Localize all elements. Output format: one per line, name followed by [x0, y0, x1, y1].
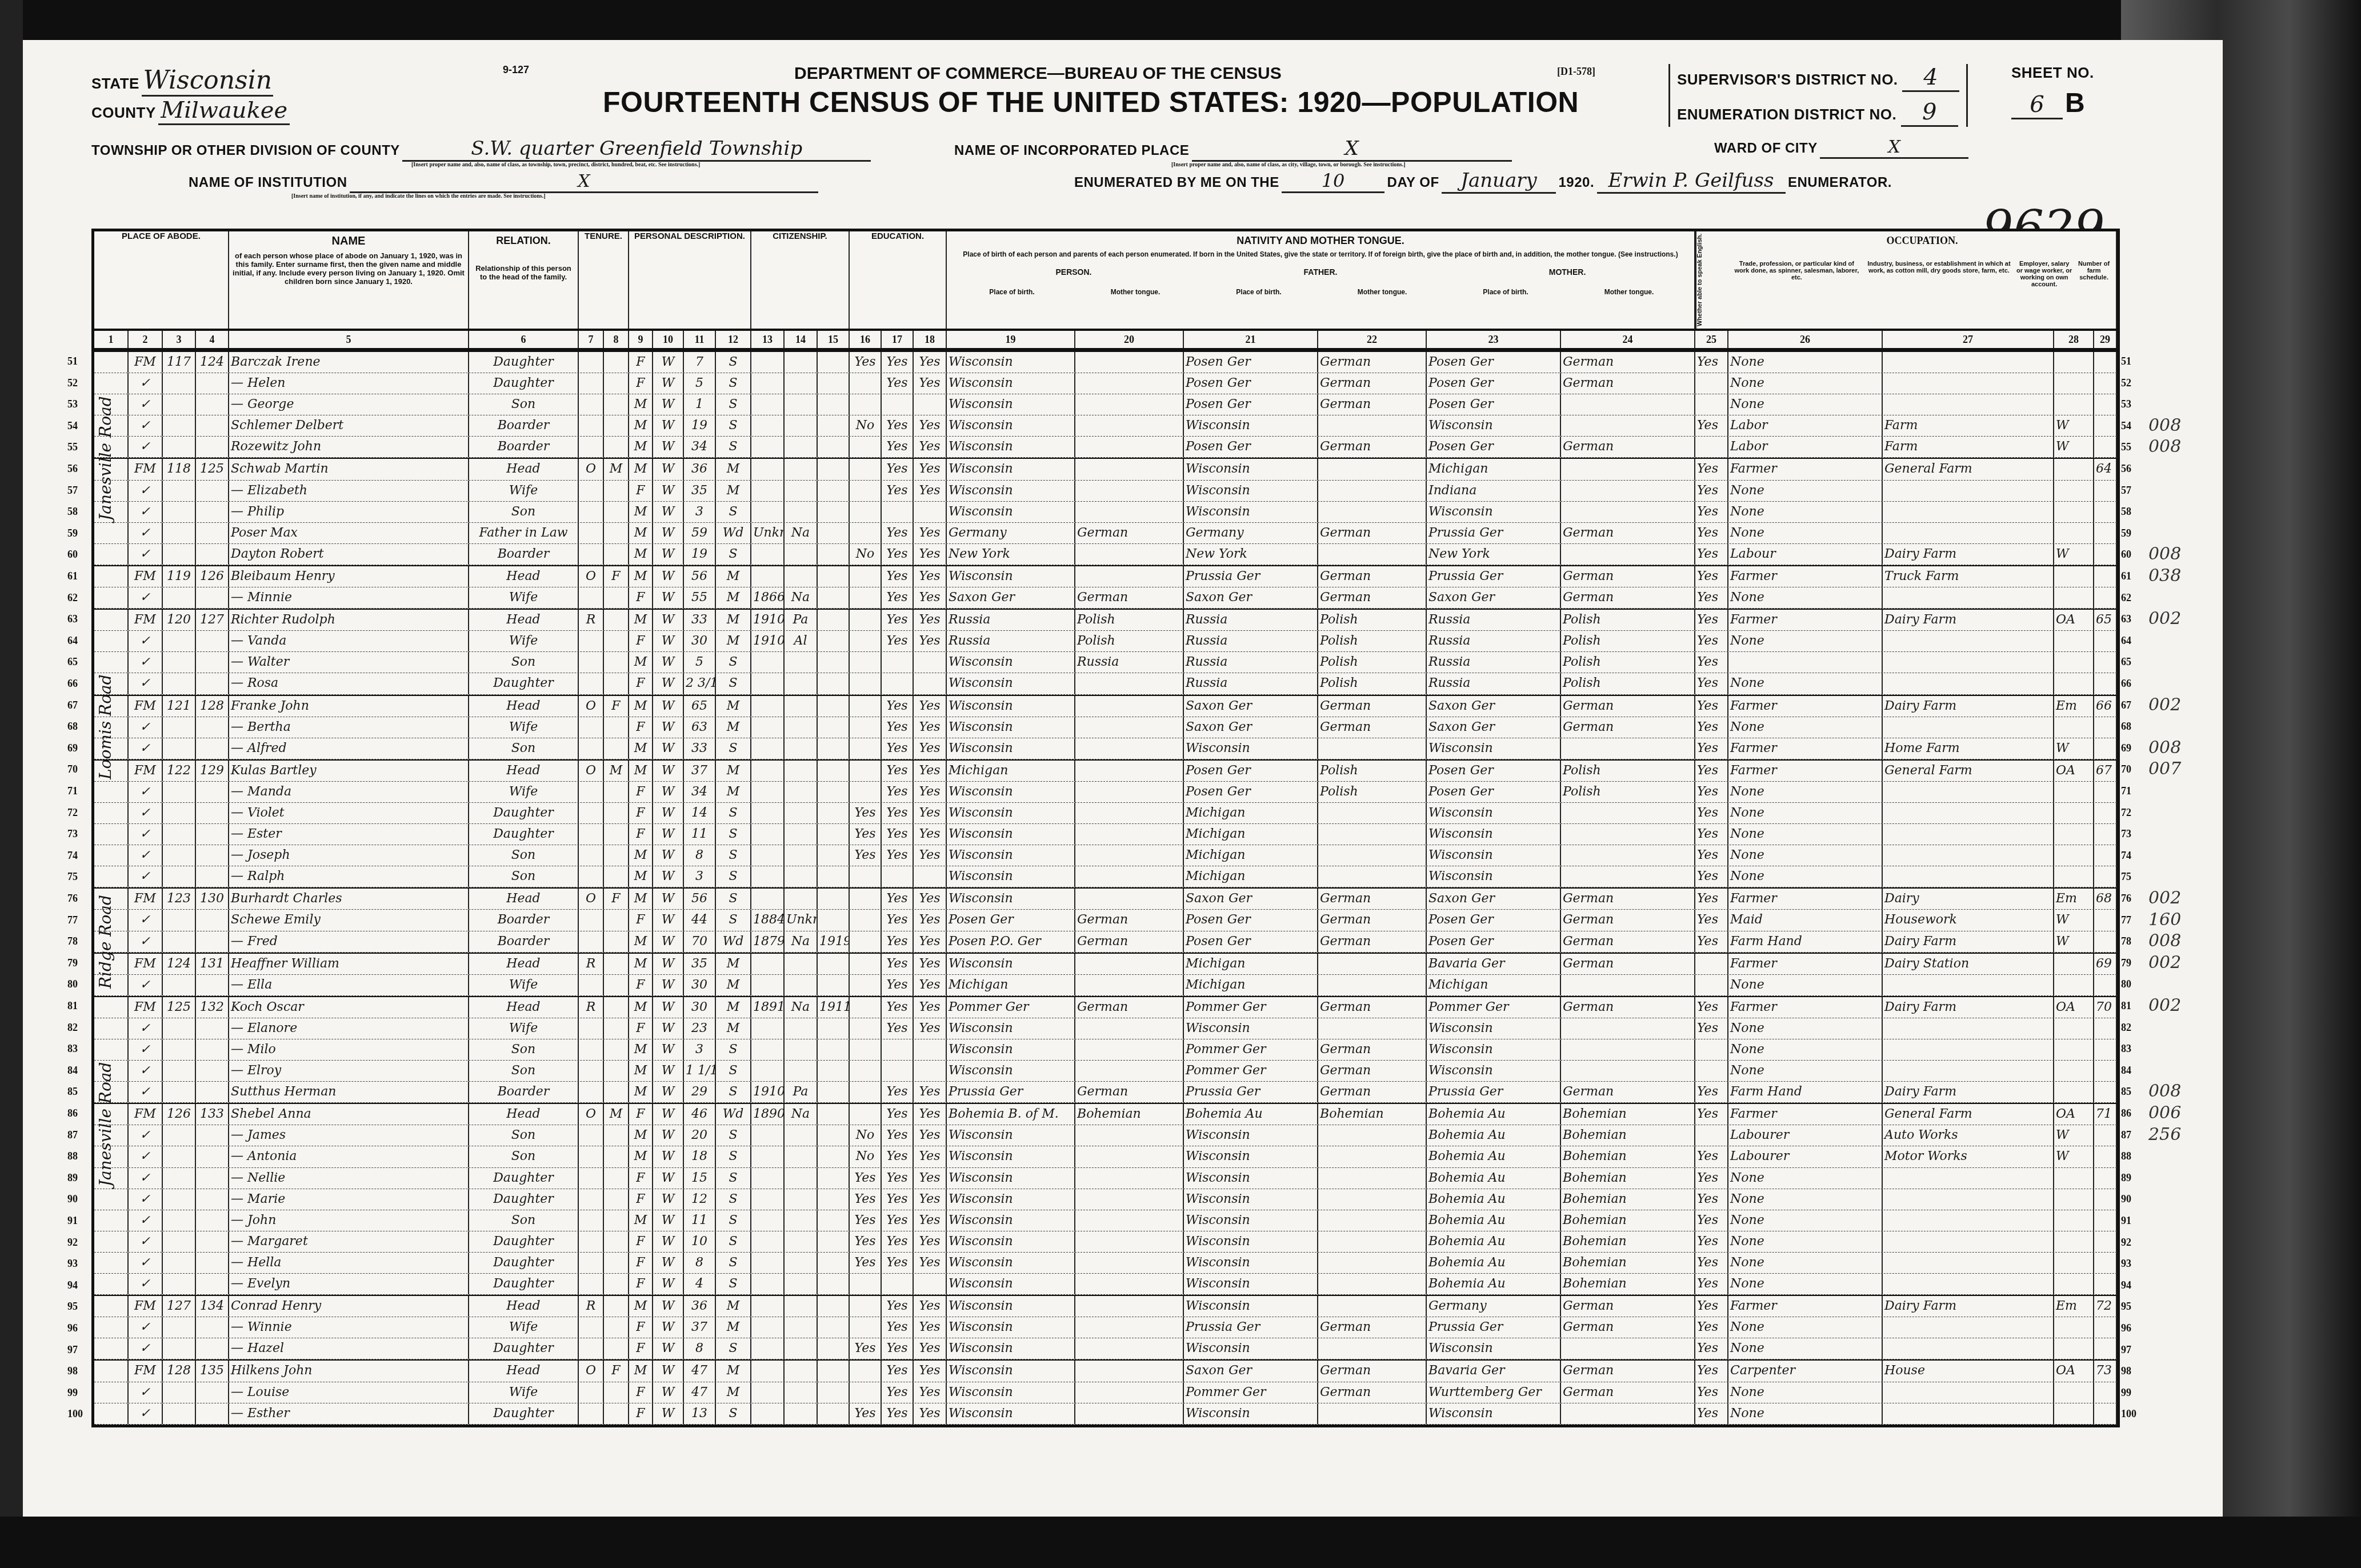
cell-nat — [785, 394, 818, 415]
cell-employer — [2054, 673, 2094, 694]
cell-pob: Wisconsin — [947, 1231, 1075, 1252]
cell-read: Yes — [882, 997, 914, 1018]
cell-immig — [751, 975, 785, 995]
cell-english: Yes — [1695, 415, 1728, 436]
cell-write: Yes — [914, 931, 947, 952]
cell-nat — [785, 1274, 818, 1294]
cell-immig — [751, 824, 785, 845]
cell-marital: S — [716, 1039, 751, 1060]
cell-read: Yes — [882, 1018, 914, 1039]
cell-mtongue: Bohemian — [1561, 1146, 1695, 1167]
header-desc: Place of birth of each person and parent… — [950, 250, 1691, 258]
line-number: 75 — [67, 871, 78, 883]
cell-farm: ✓ — [129, 373, 163, 394]
cell-sex: M — [629, 845, 653, 866]
enumerated-day: 10 — [1282, 170, 1384, 193]
line-number: 92 — [2121, 1237, 2131, 1249]
cell-family: 125 — [196, 459, 229, 479]
cell-own — [579, 587, 604, 608]
cell-school — [850, 1039, 882, 1060]
line-number: 100 — [2121, 1408, 2136, 1420]
cell-sex: M — [629, 931, 653, 952]
line-number: 89 — [67, 1172, 78, 1184]
cell-industry — [1883, 1039, 2054, 1060]
cell-english — [1695, 954, 1728, 974]
cell-mpob: Wisconsin — [1427, 1403, 1561, 1424]
cell-english — [1695, 975, 1728, 995]
cell-race: W — [653, 523, 684, 543]
cell-dwelling — [163, 373, 196, 394]
cell-ftongue — [1318, 1210, 1427, 1231]
cell-natyr — [818, 1253, 850, 1273]
line-number: 81 — [2121, 1000, 2131, 1012]
cell-race: W — [653, 1210, 684, 1231]
cell-employer — [2054, 459, 2094, 479]
cell-age: 13 — [684, 1403, 716, 1424]
table-row: ✓— ElanoreWifeFW23MYesYesWisconsinWiscon… — [94, 1018, 2117, 1039]
cell-nat — [785, 761, 818, 781]
cell-marital: M — [716, 1018, 751, 1039]
line-number: 79 — [67, 957, 78, 969]
cell-farmsch — [2094, 1338, 2117, 1359]
cell-school — [850, 738, 882, 759]
header-employer: Employer, salary or wage worker, or work… — [2016, 261, 2072, 288]
cell-employer: W — [2054, 437, 2094, 457]
line-number: 57 — [67, 485, 78, 497]
cell-read — [882, 1061, 914, 1081]
cell-school — [850, 459, 882, 479]
cell-pob: Wisconsin — [947, 1168, 1075, 1189]
cell-farmsch — [2094, 566, 2117, 587]
census-table: PLACE OF ABODE. NAME of each person whos… — [91, 229, 2120, 1427]
cell-english: Yes — [1695, 696, 1728, 717]
cell-tongue — [1075, 1210, 1184, 1231]
header-mother: MOTHER. — [1444, 267, 1691, 277]
cell-immig — [751, 803, 785, 823]
cell-school — [850, 1104, 882, 1125]
cell-farmsch — [2094, 1039, 2117, 1060]
cell-own — [579, 1382, 604, 1403]
cell-industry: Dairy Farm — [1883, 610, 2054, 630]
cell-street — [94, 1296, 129, 1317]
cell-nat — [785, 1403, 818, 1424]
line-number: 54 — [67, 420, 78, 432]
cell-age: 34 — [684, 437, 716, 457]
cell-immig — [751, 459, 785, 479]
cell-mpob: Wisconsin — [1427, 1061, 1561, 1081]
cell-family — [196, 1125, 229, 1146]
cell-name: — Hazel — [229, 1338, 469, 1359]
cell-name: — Joseph — [229, 845, 469, 866]
cell-employer — [2054, 481, 2094, 501]
cell-english: Yes — [1695, 1082, 1728, 1102]
cell-own — [579, 782, 604, 802]
cell-age: 55 — [684, 587, 716, 608]
cell-mtongue: German — [1561, 587, 1695, 608]
cell-industry — [1883, 373, 2054, 394]
cell-read: Yes — [882, 782, 914, 802]
column-number: 12 — [716, 331, 751, 348]
cell-nat — [785, 1146, 818, 1167]
cell-own — [579, 931, 604, 952]
line-number: 59 — [2121, 527, 2131, 539]
cell-race: W — [653, 1082, 684, 1102]
cell-marital: S — [716, 1253, 751, 1273]
cell-dwelling — [163, 673, 196, 694]
cell-relation: Wife — [469, 975, 579, 995]
cell-trade: None — [1728, 587, 1883, 608]
cell-write: Yes — [914, 1296, 947, 1317]
cell-pob: Wisconsin — [947, 866, 1075, 887]
cell-age: 46 — [684, 1104, 716, 1125]
cell-marital: S — [716, 1082, 751, 1102]
cell-nat — [785, 866, 818, 887]
cell-school: Yes — [850, 1403, 882, 1424]
line-number: 59 — [67, 527, 78, 539]
cell-industry: Dairy Farm — [1883, 544, 2054, 565]
line-number: 68 — [2121, 721, 2131, 733]
supervisor-field: SUPERVISOR'S DISTRICT NO. 4 — [1677, 64, 1959, 92]
cell-sex: M — [629, 696, 653, 717]
cell-mort — [604, 845, 629, 866]
header-occupation: OCCUPATION. Trade, profession, or partic… — [1728, 231, 2117, 329]
cell-name: — Walter — [229, 652, 469, 673]
cell-marital: S — [716, 824, 751, 845]
cell-fpob: Wisconsin — [1184, 481, 1318, 501]
cell-relation: Son — [469, 502, 579, 522]
cell-age: 63 — [684, 717, 716, 738]
cell-pob: Bohemia B. of M. — [947, 1104, 1075, 1125]
cell-trade: None — [1728, 673, 1883, 694]
cell-name: — Elanore — [229, 1018, 469, 1039]
cell-name: — George — [229, 394, 469, 415]
cell-write: Yes — [914, 523, 947, 543]
cell-own — [579, 1231, 604, 1252]
cell-mpob: Wisconsin — [1427, 1018, 1561, 1039]
cell-mort — [604, 1274, 629, 1294]
cell-employer — [2054, 394, 2094, 415]
cell-name: — Violet — [229, 803, 469, 823]
cell-fpob: Prussia Ger — [1184, 566, 1318, 587]
cell-race: W — [653, 1061, 684, 1081]
cell-dwelling: 120 — [163, 610, 196, 630]
cell-family — [196, 373, 229, 394]
header-fpob: Place of birth. — [1197, 288, 1320, 296]
cell-employer — [2054, 1317, 2094, 1338]
cell-ftongue — [1318, 481, 1427, 501]
cell-employer — [2054, 352, 2094, 373]
cell-read: Yes — [882, 459, 914, 479]
cell-own — [579, 631, 604, 651]
cell-trade: None — [1728, 782, 1883, 802]
cell-mtongue: Bohemian — [1561, 1210, 1695, 1231]
cell-write: Yes — [914, 1317, 947, 1338]
cell-race: W — [653, 566, 684, 587]
line-number: 89 — [2121, 1172, 2131, 1184]
cell-nat: Pa — [785, 1082, 818, 1102]
cell-ftongue: German — [1318, 931, 1427, 952]
cell-pob: Posen P.O. Ger — [947, 931, 1075, 952]
cell-trade: None — [1728, 824, 1883, 845]
cell-pob: Wisconsin — [947, 352, 1075, 373]
cell-natyr — [818, 738, 850, 759]
cell-age: 36 — [684, 1296, 716, 1317]
cell-farmsch — [2094, 394, 2117, 415]
cell-marital: S — [716, 889, 751, 909]
table-row: ✓— JohnSonMW11SYesYesYesWisconsinWiscons… — [94, 1210, 2117, 1231]
cell-mort: F — [604, 1361, 629, 1381]
cell-family — [196, 631, 229, 651]
line-number: 90 — [67, 1193, 78, 1205]
cell-english: Yes — [1695, 1274, 1728, 1294]
cell-age: 47 — [684, 1382, 716, 1403]
cell-fpob: Wisconsin — [1184, 1210, 1318, 1231]
cell-family: 129 — [196, 761, 229, 781]
cell-farmsch — [2094, 824, 2117, 845]
cell-name: — Philip — [229, 502, 469, 522]
cell-tongue — [1075, 845, 1184, 866]
cell-farm: ✓ — [129, 1338, 163, 1359]
cell-mort — [604, 803, 629, 823]
cell-trade: None — [1728, 866, 1883, 887]
cell-read: Yes — [882, 566, 914, 587]
cell-dwelling — [163, 1168, 196, 1189]
cell-immig — [751, 782, 785, 802]
cell-farmsch: 64 — [2094, 459, 2117, 479]
cell-mtongue: Polish — [1561, 652, 1695, 673]
cell-mtongue — [1561, 1338, 1695, 1359]
cell-industry — [1883, 481, 2054, 501]
cell-own — [579, 1168, 604, 1189]
cell-fpob: Posen Ger — [1184, 373, 1318, 394]
cell-race: W — [653, 1338, 684, 1359]
header-text: PLACE OF ABODE. — [94, 231, 228, 241]
cell-mort — [604, 481, 629, 501]
cell-relation: Boarder — [469, 931, 579, 952]
table-row: ✓— EstherDaughterFW13SYesYesYesWisconsin… — [94, 1403, 2117, 1425]
cell-ftongue — [1318, 544, 1427, 565]
cell-farm: FM — [129, 566, 163, 587]
institution-note: [Insert name of institution, if any, and… — [291, 193, 818, 199]
cell-farm: ✓ — [129, 415, 163, 436]
header-english: Whether able to speak English. — [1695, 231, 1728, 329]
cell-school: No — [850, 544, 882, 565]
cell-marital: S — [716, 738, 751, 759]
cell-english: Yes — [1695, 352, 1728, 373]
cell-natyr — [818, 437, 850, 457]
cell-farm: ✓ — [129, 910, 163, 930]
cell-age: 8 — [684, 1338, 716, 1359]
cell-fpob: Pommer Ger — [1184, 997, 1318, 1018]
header-education: EDUCATION. — [850, 231, 947, 329]
cell-farm: ✓ — [129, 738, 163, 759]
cell-age: 19 — [684, 544, 716, 565]
cell-immig — [751, 1361, 785, 1381]
cell-write: Yes — [914, 975, 947, 995]
cell-natyr — [818, 481, 850, 501]
cell-nat — [785, 373, 818, 394]
cell-industry — [1883, 1168, 2054, 1189]
cell-english: Yes — [1695, 631, 1728, 651]
cell-name: — Ester — [229, 824, 469, 845]
cell-natyr — [818, 1403, 850, 1424]
cell-sex: M — [629, 1361, 653, 1381]
cell-marital: M — [716, 610, 751, 630]
cell-name: — Fred — [229, 931, 469, 952]
cell-english: Yes — [1695, 824, 1728, 845]
cell-pob: Wisconsin — [947, 824, 1075, 845]
scan-border-bottom — [0, 1517, 2361, 1568]
cell-immig — [751, 1210, 785, 1231]
cell-pob: Michigan — [947, 761, 1075, 781]
cell-mtongue — [1561, 415, 1695, 436]
cell-family — [196, 1082, 229, 1102]
cell-tongue — [1075, 1361, 1184, 1381]
cell-farmsch — [2094, 415, 2117, 436]
cell-mtongue: Bohemian — [1561, 1125, 1695, 1146]
cell-nat — [785, 502, 818, 522]
cell-industry: Dairy Farm — [1883, 931, 2054, 952]
cell-farmsch: 66 — [2094, 696, 2117, 717]
cell-race: W — [653, 1274, 684, 1294]
cell-pob: Wisconsin — [947, 803, 1075, 823]
ward-field: WARD OF CITY X — [1714, 137, 1968, 159]
cell-street — [94, 1382, 129, 1403]
cell-farmsch: 65 — [2094, 610, 2117, 630]
cell-nat: Unknown — [785, 910, 818, 930]
cell-natyr — [818, 631, 850, 651]
cell-farm: FM — [129, 459, 163, 479]
cell-name: — Marie — [229, 1189, 469, 1210]
cell-pob: Wisconsin — [947, 1317, 1075, 1338]
cell-pob: Wisconsin — [947, 437, 1075, 457]
cell-age: 3 — [684, 866, 716, 887]
cell-fpob: Germany — [1184, 523, 1318, 543]
cell-marital: S — [716, 394, 751, 415]
header-text: TENURE. — [579, 231, 628, 241]
cell-race: W — [653, 352, 684, 373]
cell-mtongue: German — [1561, 931, 1695, 952]
cell-write — [914, 502, 947, 522]
cell-farm: FM — [129, 352, 163, 373]
cell-mpob: Bohemia Au — [1427, 1125, 1561, 1146]
cell-mort — [604, 931, 629, 952]
cell-family — [196, 1189, 229, 1210]
cell-farmsch: 70 — [2094, 997, 2117, 1018]
cell-dwelling: 117 — [163, 352, 196, 373]
cell-english — [1695, 373, 1728, 394]
cell-relation: Daughter — [469, 1253, 579, 1273]
cell-relation: Son — [469, 1210, 579, 1231]
line-number: 56 — [2121, 463, 2131, 475]
cell-mort — [604, 1125, 629, 1146]
cell-age: 3 — [684, 502, 716, 522]
cell-relation: Wife — [469, 481, 579, 501]
cell-natyr — [818, 459, 850, 479]
cell-dwelling — [163, 717, 196, 738]
cell-trade: None — [1728, 1061, 1883, 1081]
cell-own — [579, 1018, 604, 1039]
cell-race: W — [653, 738, 684, 759]
cell-farm: ✓ — [129, 1210, 163, 1231]
cell-own: O — [579, 1104, 604, 1125]
cell-farm: ✓ — [129, 1125, 163, 1146]
cell-age: 19 — [684, 415, 716, 436]
cell-employer: OA — [2054, 1104, 2094, 1125]
table-row: FM128135Hilkens JohnHeadOFMW47MYesYesWis… — [94, 1359, 2117, 1382]
cell-school — [850, 997, 882, 1018]
cell-farmsch — [2094, 631, 2117, 651]
cell-sex: M — [629, 415, 653, 436]
cell-school — [850, 1296, 882, 1317]
cell-name: Poser Max — [229, 523, 469, 543]
cell-english: Yes — [1695, 1361, 1728, 1381]
cell-relation: Head — [469, 954, 579, 974]
cell-race: W — [653, 1189, 684, 1210]
cell-industry — [1883, 352, 2054, 373]
cell-fpob: Posen Ger — [1184, 931, 1318, 952]
cell-dwelling: 118 — [163, 459, 196, 479]
cell-sex: M — [629, 1039, 653, 1060]
cell-sex: M — [629, 1146, 653, 1167]
cell-farm: ✓ — [129, 845, 163, 866]
cell-farmsch — [2094, 1018, 2117, 1039]
cell-farm: ✓ — [129, 1382, 163, 1403]
column-number: 23 — [1427, 331, 1561, 348]
column-number: 21 — [1184, 331, 1318, 348]
cell-family — [196, 1382, 229, 1403]
cell-farmsch: 73 — [2094, 1361, 2117, 1381]
cell-dwelling — [163, 782, 196, 802]
cell-relation: Wife — [469, 782, 579, 802]
line-number: 75 — [2121, 871, 2131, 883]
line-number: 71 — [67, 785, 78, 797]
cell-age: 4 — [684, 1274, 716, 1294]
cell-read: Yes — [882, 889, 914, 909]
cell-nat — [785, 415, 818, 436]
cell-family — [196, 502, 229, 522]
cell-family — [196, 673, 229, 694]
cell-sex: M — [629, 1125, 653, 1146]
cell-school: Yes — [850, 845, 882, 866]
cell-pob: Pommer Ger — [947, 997, 1075, 1018]
cell-dwelling: 121 — [163, 696, 196, 717]
cell-mort — [604, 1039, 629, 1060]
cell-trade: None — [1728, 373, 1883, 394]
cell-race: W — [653, 761, 684, 781]
cell-fpob: Michigan — [1184, 803, 1318, 823]
cell-age: 11 — [684, 824, 716, 845]
cell-ftongue — [1318, 1338, 1427, 1359]
line-number: 95 — [2121, 1301, 2131, 1313]
cell-mort — [604, 523, 629, 543]
cell-english: Yes — [1695, 1146, 1728, 1167]
cell-pob: Prussia Ger — [947, 1082, 1075, 1102]
cell-trade: None — [1728, 1274, 1883, 1294]
cell-fpob: Wisconsin — [1184, 1125, 1318, 1146]
cell-farm: FM — [129, 1104, 163, 1125]
cell-write: Yes — [914, 1018, 947, 1039]
cell-race: W — [653, 1039, 684, 1060]
cell-pob: Wisconsin — [947, 738, 1075, 759]
cell-age: 33 — [684, 610, 716, 630]
cell-immig — [751, 1125, 785, 1146]
cell-english — [1695, 1039, 1728, 1060]
cell-own: O — [579, 696, 604, 717]
column-number: 16 — [850, 331, 882, 348]
cell-age: 11 — [684, 1210, 716, 1231]
table-row: ✓— LouiseWifeFW47MYesYesWisconsinPommer … — [94, 1382, 2117, 1403]
